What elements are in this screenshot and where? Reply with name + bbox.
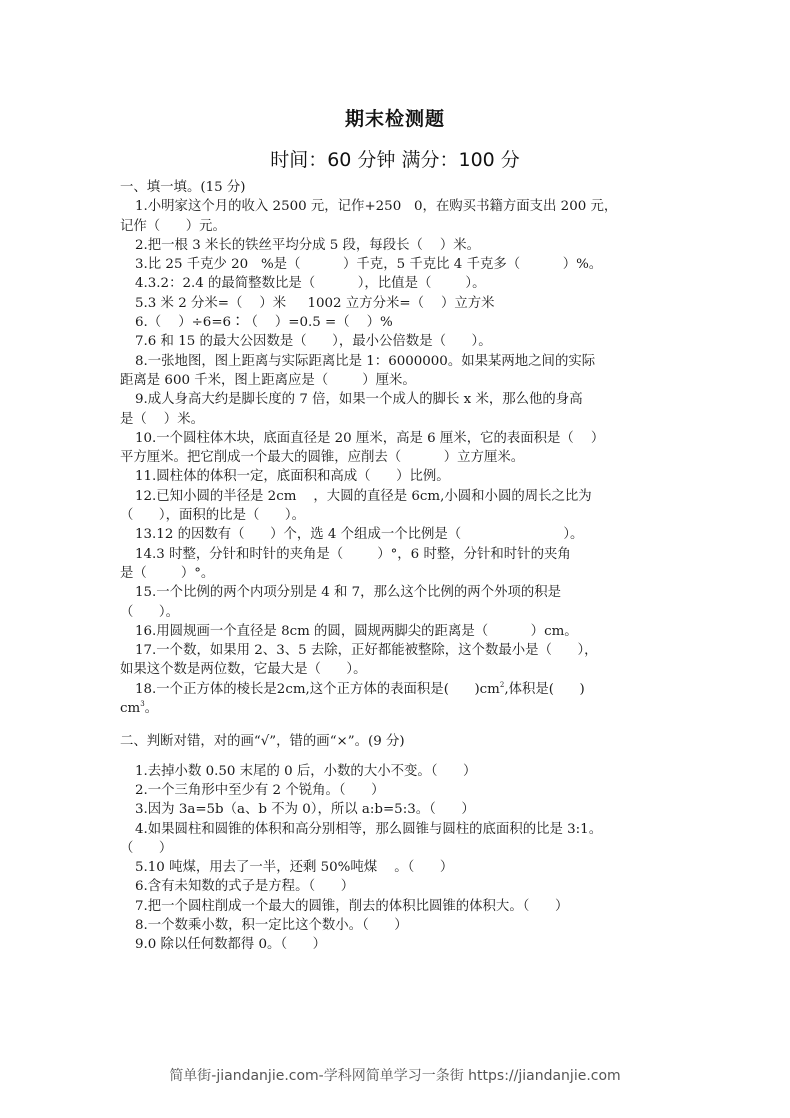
question-line: 是（ ）°。: [120, 564, 685, 583]
question-line: （ ），面积的比是（ ）。: [120, 506, 685, 525]
q18-part-b: ,体积是( ): [504, 682, 584, 697]
question-line: 7.6 和 15 的最大公因数是（ ），最小公倍数是（ ）。: [120, 332, 685, 351]
tf-line: 8.一个数乘小数，积一定比这个数小。（ ）: [120, 916, 685, 935]
section-heading-true-false: 二、判断对错，对的画“√”，错的画“×”。(9 分): [120, 732, 685, 751]
question-line: 3.比 25 千克少 20 %是（ ）千克，5 千克比 4 千克多（ ）%。: [120, 255, 685, 274]
page-title: 期末检测题: [0, 104, 790, 131]
tf-line: 4.如果圆柱和圆锥的体积和高分别相等，那么圆锥与圆柱的底面积的比是 3:1。: [120, 820, 685, 839]
question-line: 距离是 600 千米，图上距离应是（ ）厘米。: [120, 371, 685, 390]
tf-line: 2.一个三角形中至少有 2 个锐角。（ ）: [120, 781, 685, 800]
exam-body: 一、填一填。(15 分) 1.小明家这个月的收入 2500 元，记作+250 0…: [120, 178, 685, 955]
question-line: 5.3 米 2 分米=（ ）米 1002 立方分米=（ ）立方米: [120, 294, 685, 313]
tf-line: 9.0 除以任何数都得 0。（ ）: [120, 935, 685, 954]
question-line: 记作（ ）元。: [120, 217, 685, 236]
question-line: 14.3 时整，分针和时针的夹角是（ ）°，6 时整，分针和时针的夹角: [120, 545, 685, 564]
tf-line: 6.含有未知数的式子是方程。（ ）: [120, 877, 685, 896]
question-line: 8.一张地图，图上距离与实际距离比是 1：6000000。如果某两地之间的实际: [120, 352, 685, 371]
question-line-18-end: cm3。: [120, 699, 685, 718]
question-line: 是（ ）米。: [120, 410, 685, 429]
question-line: 17.一个数，如果用 2、3、5 去除，正好都能被整除，这个数最小是（ ），: [120, 641, 685, 660]
exam-page: 期末检测题 时间：60 分钟 满分：100 分 一、填一填。(15 分) 1.小…: [0, 0, 790, 1118]
question-line: 1.小明家这个月的收入 2500 元，记作+250 0，在购买书籍方面支出 20…: [120, 197, 685, 216]
question-line: 2.把一根 3 米长的铁丝平均分成 5 段，每段长（ ）米。: [120, 236, 685, 255]
watermark-footer: 简单街-jiandanjie.com-学科网简单学习一条街 https://ji…: [0, 1065, 790, 1085]
tf-line: （ ）: [120, 839, 685, 858]
q18-part-a: 18.一个正方体的棱长是2cm,这个正方体的表面积是( )cm: [135, 682, 500, 697]
tf-line: 7.把一个圆柱削成一个最大的圆锥，削去的体积比圆锥的体积大。（ ）: [120, 897, 685, 916]
question-line: 4.3.2：2.4 的最简整数比是（ ），比值是（ ）。: [120, 274, 685, 293]
question-line: （ ）。: [120, 603, 685, 622]
tf-line: 1.去掉小数 0.50 末尾的 0 后，小数的大小不变。（ ）: [120, 762, 685, 781]
question-line: 12.已知小圆的半径是 2cm ，大圆的直径是 6cm,小圆和小圆的周长之比为: [120, 487, 685, 506]
question-line: 13.12 的因数有（ ）个，选 4 个组成一个比例是（ ）。: [120, 525, 685, 544]
question-line: 6.（ ）÷6=6∶（ ）=0.5 =（ ）%: [120, 313, 685, 332]
question-line: 平方厘米。把它削成一个最大的圆锥，应削去（ ）立方厘米。: [120, 448, 685, 467]
q18-unit: cm: [120, 701, 140, 716]
question-line: 如果这个数是两位数，它最大是（ ）。: [120, 660, 685, 679]
question-line: 15.一个比例的两个内项分别是 4 和 7，那么这个比例的两个外项的积是: [120, 583, 685, 602]
q18-period: 。: [145, 701, 158, 716]
page-subtitle: 时间：60 分钟 满分：100 分: [0, 145, 790, 172]
question-line: 11.圆柱体的体积一定，底面积和高成（ ）比例。: [120, 467, 685, 486]
question-line: 9.成人身高大约是脚长度的 7 倍，如果一个成人的脚长 x 米，那么他的身高: [120, 390, 685, 409]
tf-line: 3.因为 3a=5b（a、b 不为 0），所以 a:b=5:3。（ ）: [120, 800, 685, 819]
tf-line: 5.10 吨煤，用去了一半，还剩 50%吨煤 。（ ）: [120, 858, 685, 877]
question-line: 10.一个圆柱体木块，底面直径是 20 厘米，高是 6 厘米，它的表面积是（ ）: [120, 429, 685, 448]
question-line: 16.用圆规画一个直径是 8cm 的圆，圆规两脚尖的距离是（ ）cm。: [120, 622, 685, 641]
section-heading-fill-blank: 一、填一填。(15 分): [120, 178, 685, 197]
question-line-18: 18.一个正方体的棱长是2cm,这个正方体的表面积是( )cm2,体积是( ): [120, 680, 685, 699]
